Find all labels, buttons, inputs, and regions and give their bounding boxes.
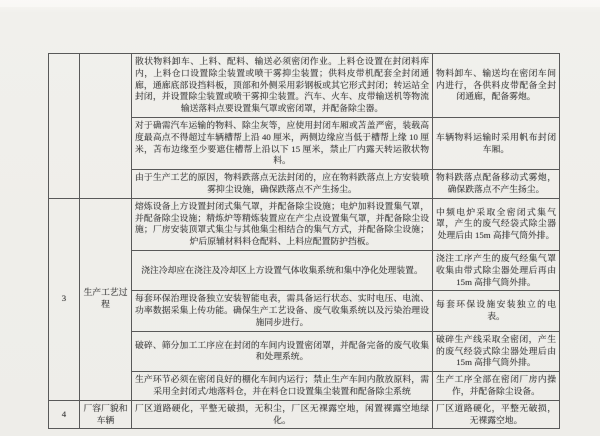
table-row: 散状物料卸车、上料、配料、输送必须密闭作业。上料仓设置在封闭料库内，上料仓口设置…	[49, 54, 560, 118]
requirement-cell: 生产环节必须在密闭良好的棚化车间内运行；禁止生产车间内散放原料，需采用全封闭式/…	[132, 372, 433, 401]
requirement-cell: 破碎、筛分加工工序应在封闭的车间内设置密闭罩，并配备完备的废气收集和处理系统。	[132, 331, 433, 371]
row-number-cell	[49, 54, 80, 199]
requirement-cell: 散状物料卸车、上料、配料、输送必须密闭作业。上料仓设置在封闭料库内，上料仓口设置…	[132, 54, 433, 118]
requirement-cell: 每套环保治理设备独立安装智能电表，需具备运行状态、实时电压、电流、功率数据采集上…	[132, 291, 433, 331]
scanned-page: 散状物料卸车、上料、配料、输送必须密闭作业。上料仓设置在封闭料库内，上料仓口设置…	[0, 0, 600, 436]
implementation-cell: 车辆物料运输时采用帆布封闭车厢。	[433, 117, 560, 169]
document-table-body: 散状物料卸车、上料、配料、输送必须密闭作业。上料仓设置在封闭料库内，上料仓口设置…	[49, 54, 560, 429]
implementation-cell: 生产工序全部在密闭厂房内操作，并配备除尘设备。	[433, 372, 560, 401]
implementation-cell: 每套环保设施安装独立的电表。	[433, 291, 560, 331]
table-row: 4厂容厂貌和车辆厂区道路硬化，平整无破损，无积尘，厂区无裸露空地，闲置裸露空地绿…	[49, 400, 560, 429]
scan-edge-highlight	[0, 0, 600, 7]
category-cell: 厂容厂貌和车辆	[80, 400, 132, 429]
implementation-cell: 浇注工序产生的废气经集气罩收集由带式除尘器处理后再由 15m 高排气筒外排。	[433, 250, 560, 290]
requirement-cell: 对于确需汽车运输的物料、除尘灰等，应使用封闭车厢或苫盖严密，装载高度最高点不得超…	[132, 117, 433, 169]
table-row: 3生产工艺过程熔炼设备上方设置封闭式集气罩，并配备除尘设施；电炉加料设置集气罩，…	[49, 198, 560, 250]
implementation-cell: 破碎生产线采取全密闭，产生的废气经袋式除尘器处理后由 15m 高排气筒外排。	[433, 331, 560, 371]
requirement-cell: 厂区道路硬化，平整无破损，无积尘，厂区无裸露空地，闲置裸露空地绿化。	[132, 400, 433, 429]
category-cell: 生产工艺过程	[80, 198, 132, 400]
row-number-cell: 4	[49, 400, 80, 429]
row-number-cell: 3	[49, 198, 80, 400]
document-table: 散状物料卸车、上料、配料、输送必须密闭作业。上料仓设置在封闭料库内，上料仓口设置…	[48, 53, 560, 429]
requirement-cell: 由于生产工艺的原因，物料跌落点无法封闭的，应在物料跌落点上方安装喷雾抑尘设施，确…	[132, 170, 433, 199]
implementation-cell: 中频电炉采取全密闭式集气罩，产生的废气经袋式除尘器处理后由 15m 高排气筒外排…	[433, 198, 560, 250]
implementation-cell: 厂区道路硬化，平整无破损，无裸露空地。	[433, 400, 560, 429]
implementation-cell: 物料卸车、输送均在密闭车间内进行，各供料皮带配备全封闭通廊，配备雾炮。	[433, 54, 560, 118]
category-cell	[80, 54, 132, 199]
requirement-cell: 熔炼设备上方设置封闭式集气罩，并配备除尘设施；电炉加料设置集气罩，并配备除尘设施…	[132, 198, 433, 250]
implementation-cell: 物料跌落点配备移动式雾炮，确保跌落点不产生扬尘。	[433, 170, 560, 199]
requirement-cell: 浇注冷却应在浇注及冷却区上方设置气体收集系统和集中净化处理装置。	[132, 250, 433, 290]
